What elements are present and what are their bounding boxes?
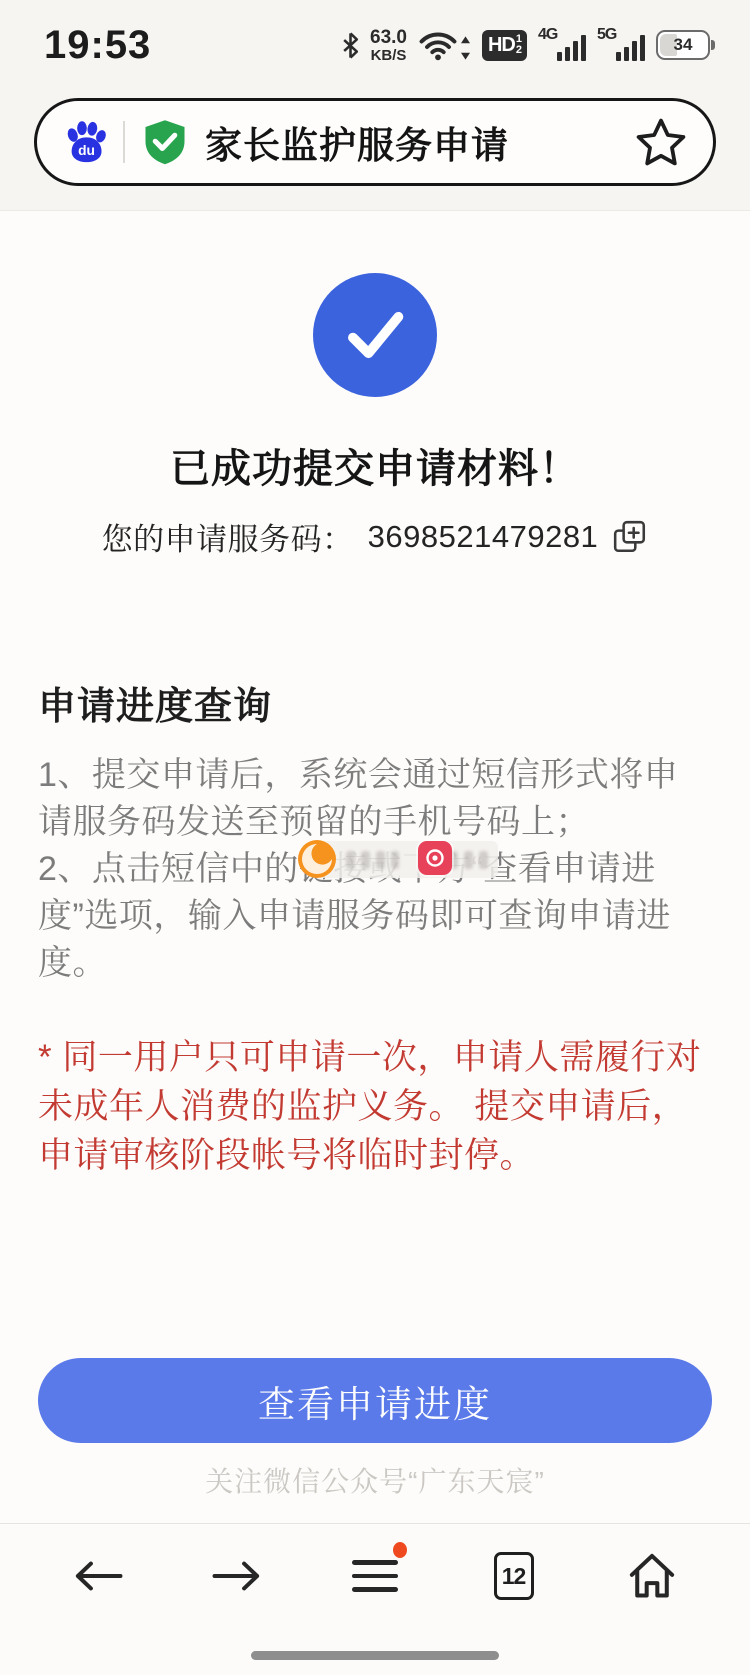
instruction-item-1: 1、提交申请后，系统会通过短信形式将申请服务码发送至预留的手机号码上；: [38, 756, 678, 841]
copy-icon[interactable]: [612, 519, 648, 555]
status-bar: 19:53 63.0 KB/S: [0, 0, 750, 84]
volte-hd-icon: HD 12: [482, 30, 527, 61]
page-content: 已成功提交申请材料！ 您的申请服务码： 3698521479281 申请进度查询…: [0, 273, 750, 1180]
bluetooth-icon: [342, 32, 359, 59]
top-area: 19:53 63.0 KB/S: [0, 0, 750, 211]
home-button[interactable]: [626, 1550, 678, 1602]
divider: [123, 121, 125, 163]
tabs-button[interactable]: 12: [488, 1550, 540, 1602]
battery-icon: 34: [656, 30, 710, 60]
wifi-arrows-icon: [460, 35, 471, 61]
tabs-icon: 12: [494, 1552, 534, 1600]
status-icons: 63.0 KB/S HD: [342, 28, 710, 63]
success-title: 已成功提交申请材料！: [38, 437, 712, 494]
security-shield-icon[interactable]: [141, 118, 189, 166]
bookmark-star-icon[interactable]: [635, 117, 687, 167]
signal-sim1-icon: 4G: [538, 28, 586, 62]
instructions: 1、提交申请后，系统会通过短信形式将申请服务码发送至预留的手机号码上； 2、点击…: [38, 752, 712, 987]
back-button[interactable]: [72, 1550, 124, 1602]
home-indicator[interactable]: [251, 1651, 499, 1660]
phone-screen: 19:53 63.0 KB/S: [0, 0, 750, 1675]
page-title: 家长监护服务申请: [205, 115, 635, 169]
service-code-row: 您的申请服务码： 3698521479281: [38, 514, 712, 559]
baidu-logo-icon: du: [63, 119, 109, 165]
wifi-icon: [418, 29, 471, 61]
section-heading: 申请进度查询: [38, 675, 712, 730]
menu-button[interactable]: [349, 1550, 401, 1602]
address-bar[interactable]: du 家长监护服务申请: [34, 98, 716, 186]
service-code-label: 您的申请服务码：: [102, 514, 354, 559]
warning-text: * 同一用户只可申请一次，申请人需履行对未成年人消费的监护义务。 提交申请后，申…: [38, 1033, 712, 1180]
tab-count: 12: [502, 1563, 526, 1590]
view-progress-button[interactable]: 查看申请进度: [38, 1358, 712, 1443]
hamburger-icon: [352, 1560, 398, 1592]
success-check-icon: [313, 273, 437, 397]
svg-text:du: du: [78, 143, 95, 158]
service-code-value: 3698521479281: [368, 519, 599, 555]
clock: 19:53: [44, 23, 151, 68]
browser-nav-bar: 12: [0, 1523, 750, 1675]
network-speed: 63.0 KB/S: [370, 28, 407, 63]
footer-note: 关注微信公众号“广东天宸”: [0, 1460, 750, 1500]
instruction-item-2: 2、点击短信中的链接或下方“查看申请进度”选项，输入申请服务码即可查询申请进度。: [38, 850, 671, 982]
address-bar-container: du 家长监护服务申请: [0, 84, 750, 210]
signal-sim2-icon: 5G: [597, 28, 645, 62]
notification-dot: [393, 1542, 407, 1558]
forward-button[interactable]: [211, 1550, 263, 1602]
